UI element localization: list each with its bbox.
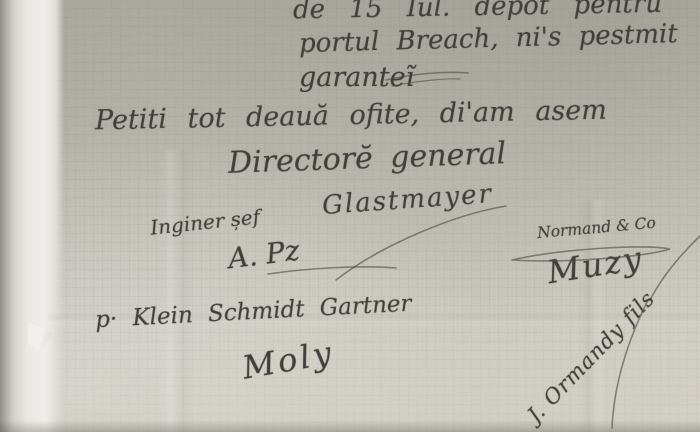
signature-diagonal: J. Ormandy fils — [523, 286, 660, 427]
curled-page-edge — [0, 0, 64, 432]
handwritten-line-4: Petiti tot deauă ofite, di'am asem — [95, 95, 607, 137]
agent-line: p· Klein Schmidt Gartner — [95, 291, 413, 334]
bottom-shadow — [0, 420, 700, 432]
engineer-label: Inginer șef — [149, 204, 261, 239]
signature-director: Glastmayer — [321, 179, 494, 221]
handwritten-line-3: garanteĩ — [299, 62, 414, 93]
signature-muzy: Muzy — [545, 239, 646, 292]
signature-engineer: A. Pz — [226, 234, 301, 275]
closing-title-line: Directorĕ general — [227, 136, 506, 181]
signature-moly: Moly — [239, 333, 337, 386]
paper-tear — [28, 322, 52, 352]
manuscript-photo: de 15 Iul. depôt pentru portul Breach, n… — [0, 0, 700, 432]
vertical-crease — [160, 150, 194, 432]
handwritten-line-2: portul Breach, ni's pestmit — [299, 19, 678, 59]
